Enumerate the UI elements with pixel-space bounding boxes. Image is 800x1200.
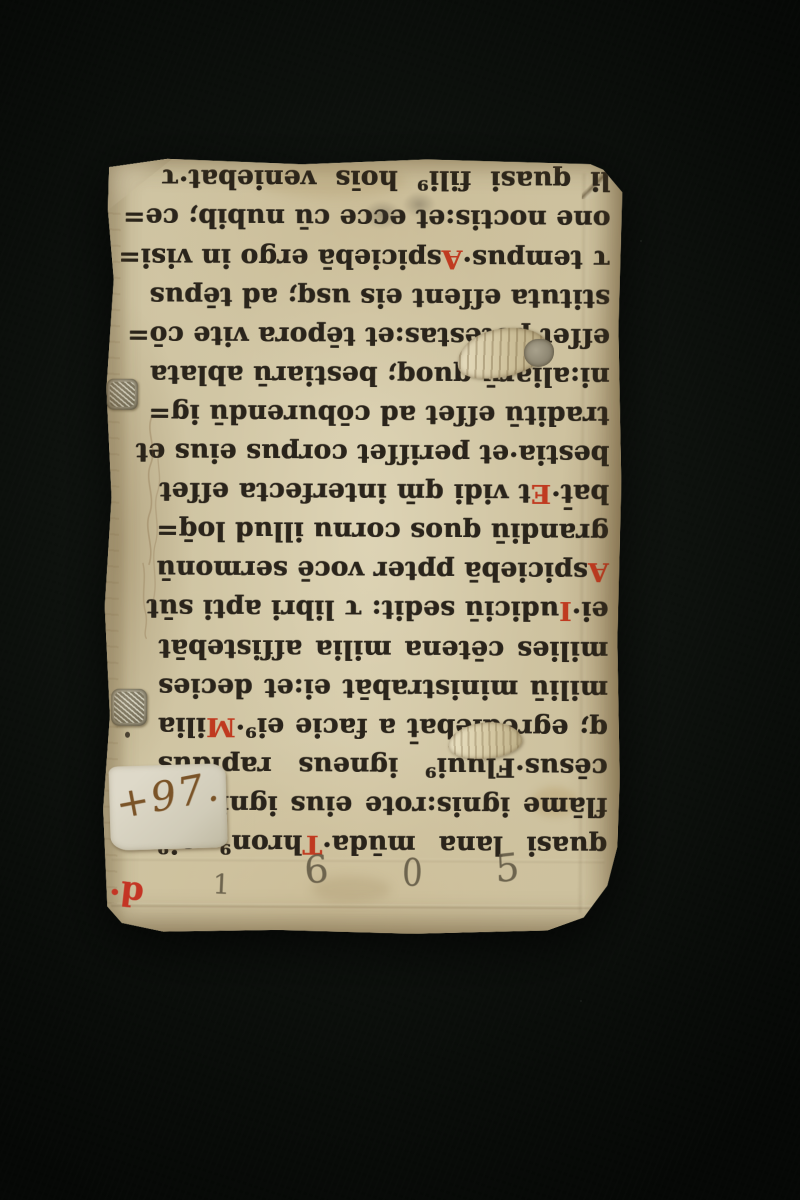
text-segment: stituta eſſent eis usq; ad tēpus: [150, 281, 611, 314]
date-digit: 6: [303, 850, 330, 890]
text-line: q; egrediebat̄ a facie ei⁹·Milia: [158, 707, 608, 748]
rubricated-initial: I: [559, 595, 572, 626]
rubricated-initial: A: [442, 243, 463, 274]
text-segment: bat̄·: [551, 478, 609, 509]
rubricated-initial: A: [588, 557, 609, 588]
text-line: li quasi fili⁹ hoīs veniebat·τ: [161, 159, 611, 200]
text-segment: traditū eſſet ad cōburendū ig=: [148, 398, 609, 431]
text-line: ei·Iudiciū sedit: τ libri apti sūt: [159, 589, 609, 630]
quire-mark: d·: [107, 875, 145, 912]
text-segment: q; egrediebat̄ a facie ei⁹·: [236, 711, 608, 744]
marginal-handwriting: [136, 413, 167, 641]
wormhole-dot: [125, 732, 130, 738]
text-line: τ tempus·Aspiciebā ergo in visi=: [160, 237, 610, 278]
date-digit: 5: [494, 847, 520, 888]
text-segment: li quasi fili⁹ hoīs veniebat·τ: [161, 163, 611, 196]
printed-text-block: quasi lana mūda·Thron⁹ ei⁹flāme ignis:ro…: [157, 159, 611, 865]
text-line: stituta eſſent eis usq; ad tēpus: [160, 277, 610, 318]
shelfmark-label: +97.: [112, 764, 224, 829]
crease-horizontal-bottom: [111, 903, 604, 910]
text-line: miliū ministrabāt ei:et decies: [158, 667, 608, 708]
text-line: grandiū quos cornu illud loq̄=: [159, 511, 609, 552]
text-segment: grandiū quos cornu illud loq̄=: [156, 515, 609, 548]
text-segment: spiciebā ergo in visi=: [118, 241, 442, 274]
date-digit: 1: [212, 870, 231, 898]
text-segment: τ tempus·: [462, 243, 610, 275]
text-segment: t vidi qm̄ interfecta eſſet: [159, 476, 531, 509]
date-inscription: 1 6 0 5: [209, 849, 519, 904]
rubricated-initial: M: [206, 711, 236, 742]
text-segment: one noctis:et ecce cū nubib; ce=: [123, 202, 611, 236]
shelfmark-patch: +97.: [108, 763, 227, 850]
text-line: bestia·et periſſet corpus eius et: [159, 433, 609, 474]
manuscript-page-wrap: quasi lana mūda·Thron⁹ ei⁹flāme ignis:ro…: [101, 155, 624, 937]
text-segment: miliū ministrabāt ei:et decies: [158, 672, 608, 705]
sewing-repair-lower: [111, 689, 147, 726]
text-segment: ei·: [572, 596, 609, 627]
dust-specks: [640, 240, 642, 242]
text-segment: milies cētena milia aſſistebāt: [158, 632, 608, 665]
text-segment: ilia: [158, 711, 206, 742]
text-line: one noctis:et ecce cū nubib; ce=: [161, 198, 611, 239]
sewing-repair-upper: [107, 379, 138, 410]
text-segment: bestia·et periſſet corpus eius et: [136, 437, 610, 470]
rubricated-initial: E: [531, 478, 552, 509]
text-line: bat̄·Et vidi qm̄ interfecta eſſet: [159, 472, 609, 513]
photo-backdrop: quasi lana mūda·Thron⁹ ei⁹flāme ignis:ro…: [0, 0, 800, 1200]
text-segment: spiciebā ppter vocē sermonū: [156, 554, 588, 587]
text-line: Aspiciebā ppter vocē sermonū: [159, 550, 609, 591]
date-digit: 0: [401, 853, 423, 892]
text-segment: udiciū sedit: τ libri apti sūt: [146, 593, 559, 626]
text-line: traditū eſſet ad cōburendū ig=: [160, 394, 610, 435]
text-line: milies cētena milia aſſistebāt: [158, 628, 608, 669]
manuscript-page: quasi lana mūda·Thron⁹ ei⁹flāme ignis:ro…: [101, 155, 624, 937]
